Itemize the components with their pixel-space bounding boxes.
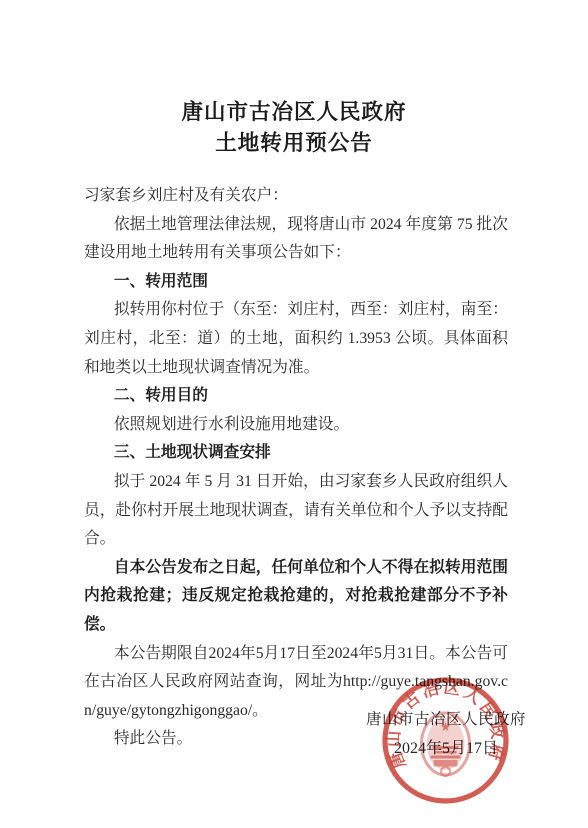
document-header: 唐山市古冶区人民政府 土地转用预公告 (0, 0, 588, 159)
doc-title-line2: 土地转用预公告 (0, 128, 588, 159)
section-2-body: 依照规划进行水利设施用地建设。 (84, 411, 508, 440)
national-emblem-icon (422, 713, 470, 776)
section-3-heading: 三、土地现状调查安排 (84, 439, 508, 468)
document-body: 习家套乡刘庄村及有关农户： 依据土地管理法律法规，现将唐山市 2024 年度第 … (84, 182, 508, 754)
official-seal: 唐山市古冶区人民政府 (375, 670, 516, 811)
salutation: 习家套乡刘庄村及有关农户： (84, 182, 508, 211)
section-1-body: 拟转用你村位于（东至：刘庄村，西至：刘庄村，南至：刘庄村，北至：道）的土地，面积… (84, 296, 508, 382)
section-2-heading: 二、转用目的 (84, 382, 508, 411)
paragraph-intro: 依据土地管理法律法规，现将唐山市 2024 年度第 75 批次建设用地土地转用有… (84, 211, 508, 268)
doc-title-line1: 唐山市古冶区人民政府 (0, 97, 588, 128)
section-1-heading: 一、转用范围 (84, 268, 508, 297)
announcement-page: 唐山市古冶区人民政府 土地转用预公告 习家套乡刘庄村及有关农户： 依据土地管理法… (0, 0, 588, 828)
section-3-body: 拟于 2024 年 5 月 31 日开始，由习家套乡人民政府组织人员，赴你村开展… (84, 468, 508, 554)
warning-paragraph: 自本公告发布之日起，任何单位和个人不得在拟转用范围内抢栽抢建；违反规定抢栽抢建的… (84, 554, 508, 640)
